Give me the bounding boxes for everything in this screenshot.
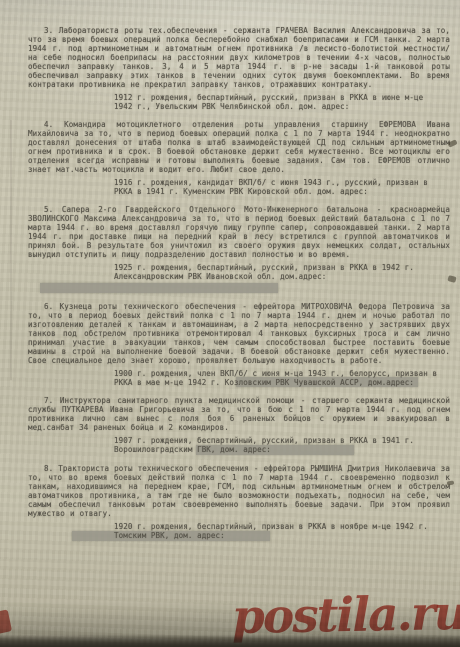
award-paragraph-5: 5. Сапера 2-го Гвардейского Отдельного М… — [28, 205, 444, 293]
paragraph-text: 6. Кузнеца роты технического обеспечения… — [28, 302, 450, 365]
watermark-fragment — [0, 609, 12, 634]
award-paragraph-8: 8. Тракториста роты технического обеспеч… — [28, 464, 444, 541]
paragraph-text: 5. Сапера 2-го Гвардейского Отдельного М… — [28, 205, 450, 259]
award-paragraph-4: 4. Командира мотоциклетного отделения ро… — [28, 120, 444, 196]
award-paragraph-7: 7. Инструктора санитарного пункта медици… — [28, 396, 444, 455]
award-paragraph-6: 6. Кузнеца роты технического обеспечения… — [28, 302, 444, 387]
paragraph-bio: 1920 г. рождения, беспартийный, призван … — [114, 522, 444, 540]
typewritten-text-area: 3. Лаборатористa роты тех.обеспечения - … — [0, 0, 460, 550]
paragraph-bio: 1900 г. рождения, член ВКП/б/ с июня м-ц… — [114, 369, 444, 387]
paragraph-bio: 1916 г. рождения, кандидат ВКП/б/ с июня… — [114, 178, 444, 196]
paragraph-text: 8. Тракториста роты технического обеспеч… — [28, 464, 450, 518]
scanned-document-page: 3. Лаборатористa роты тех.обеспечения - … — [0, 0, 460, 647]
postila-watermark: postila.ru — [232, 590, 460, 641]
award-paragraph-3: 3. Лаборатористa роты тех.обеспечения - … — [28, 26, 444, 111]
paragraph-bio: 1925 г. рождения, беспартийный, русский,… — [114, 263, 444, 281]
redaction-bar — [40, 283, 278, 293]
paragraph-text: 7. Инструктора санитарного пункта медици… — [28, 396, 450, 432]
paragraph-bio: 1912 г. рождения, беспартийный, русский,… — [114, 93, 444, 111]
paragraph-text: 3. Лаборатористa роты тех.обеспечения - … — [28, 26, 450, 89]
paragraph-text: 4. Командира мотоциклетного отделения ро… — [28, 120, 450, 174]
